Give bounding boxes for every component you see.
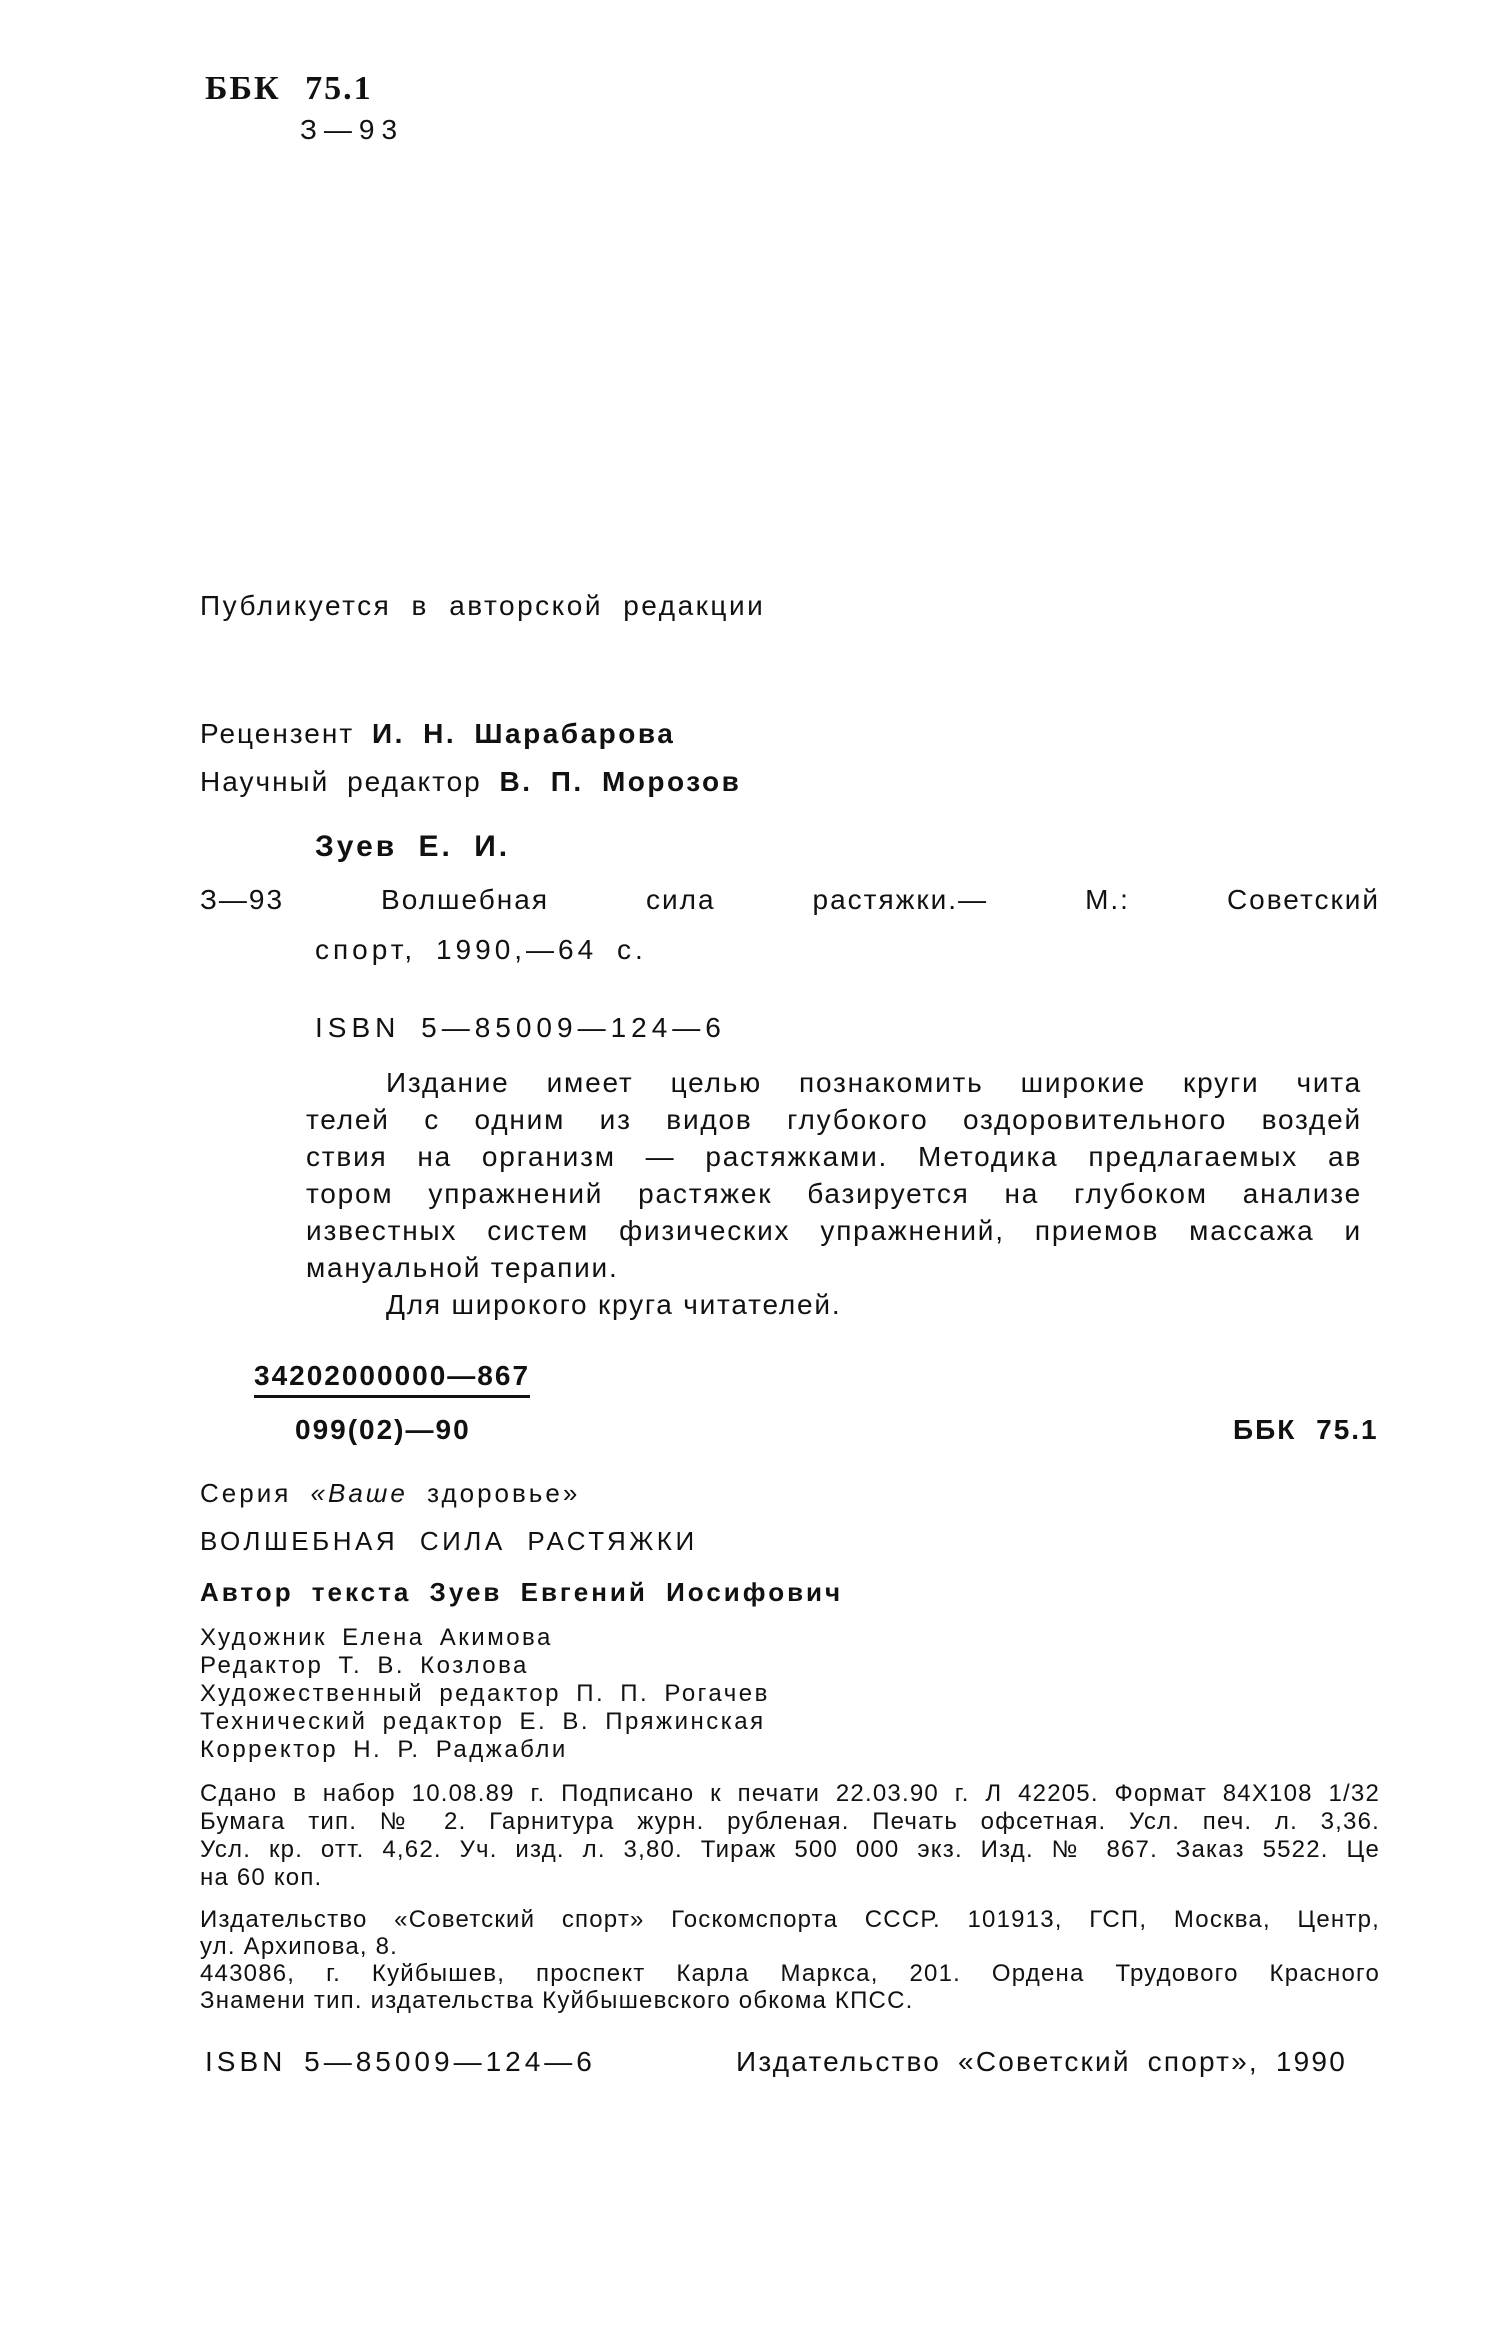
annotation-line: известных систем физических упражнений, … xyxy=(306,1212,1362,1249)
credit-line-editor: Редактор Т. В. Козлова xyxy=(200,1652,770,1680)
bbk-classification-code: ББК 75.1 xyxy=(205,70,373,108)
reviewer-name: И. Н. Шарабарова xyxy=(372,718,675,749)
printing-line: Усл. кр. отт. 4,62. Уч. изд. л. 3,80. Ти… xyxy=(200,1836,1380,1864)
credit-line-artist: Художник Елена Акимова xyxy=(200,1624,770,1652)
annotation-line: мануальной терапии. xyxy=(306,1249,1362,1286)
bibliographic-entry-line2: спорт, 1990,—64 с. xyxy=(315,934,647,966)
catalog-number-numerator: 34202000000—867 xyxy=(254,1360,530,1398)
author-heading: Зуев Е. И. xyxy=(315,830,510,864)
series-line: Серия «Ваше здоровье» xyxy=(200,1478,580,1509)
publisher-line: Издательство «Советский спорт» Госкомспо… xyxy=(200,1906,1380,1933)
series-label: Серия xyxy=(200,1478,291,1508)
printing-line: на 60 коп. xyxy=(200,1864,1380,1892)
isbn-number: ISBN 5—85009—124—6 xyxy=(315,1012,726,1044)
science-editor-line: Научный редактор В. П. Морозов xyxy=(200,758,741,806)
annotation-line: тором упражнений растяжек базируется на … xyxy=(306,1175,1362,1212)
isbn-number-bottom: ISBN 5—85009—124—6 xyxy=(205,2046,596,2078)
reviewer-label: Рецензент xyxy=(200,718,354,749)
edition-note: Публикуется в авторской редакции xyxy=(200,590,765,622)
annotation-line: телей с одним из видов глубокого оздоров… xyxy=(306,1101,1362,1138)
printing-details-block: Сдано в набор 10.08.89 г. Подписано к пе… xyxy=(200,1780,1380,1892)
text-author-line: Автор текста Зуев Евгений Иосифович xyxy=(200,1577,843,1608)
printing-line: Бумага тип. № 2. Гарнитура журн. рублена… xyxy=(200,1808,1380,1836)
publisher-line: Знамени тип. издательства Куйбышевского … xyxy=(200,1987,1380,2014)
bibliographic-entry-line1: З—93 Волшебная сила растяжки.— М.: Совет… xyxy=(200,884,1380,916)
book-imprint-page: ББК 75.1 З—93 Публикуется в авторской ре… xyxy=(0,0,1497,2346)
printing-line: Сдано в набор 10.08.89 г. Подписано к пе… xyxy=(200,1780,1380,1808)
annotation-line: ствия на организм — растяжками. Методика… xyxy=(306,1138,1362,1175)
annotation-readers-line: Для широкого круга читателей. xyxy=(306,1286,1362,1323)
copyright-publisher-line: Издательство «Советский спорт», 1990 xyxy=(736,2046,1347,2078)
series-name-rest: здоровье» xyxy=(427,1478,580,1508)
reviewer-line: Рецензент И. Н. Шарабарова xyxy=(200,710,741,758)
reviewers-block: Рецензент И. Н. Шарабарова Научный редак… xyxy=(200,710,741,806)
publisher-line: ул. Архипова, 8. xyxy=(200,1933,1380,1960)
credit-line-tech-editor: Технический редактор Е. В. Пряжинская xyxy=(200,1708,770,1736)
annotation-paragraph: Издание имеет целью познакомить широкие … xyxy=(306,1064,1362,1323)
credit-line-proofreader: Корректор Н. Р. Раджабли xyxy=(200,1736,770,1764)
bbk-classification-code-repeat: ББК 75.1 xyxy=(1233,1414,1379,1446)
book-title-caps: ВОЛШЕБНАЯ СИЛА РАСТЯЖКИ xyxy=(200,1526,698,1557)
publisher-details-block: Издательство «Советский спорт» Госкомспо… xyxy=(200,1906,1380,2014)
annotation-line: Издание имеет целью познакомить широкие … xyxy=(306,1064,1362,1101)
staff-credits-block: Художник Елена Акимова Редактор Т. В. Ко… xyxy=(200,1624,770,1764)
catalog-number-denominator: 099(02)—90 xyxy=(295,1414,471,1446)
science-editor-name: В. П. Морозов xyxy=(500,766,742,797)
series-name-italic: «Ваше xyxy=(311,1478,408,1508)
publisher-line: 443086, г. Куйбышев, проспект Карла Марк… xyxy=(200,1960,1380,1987)
author-sign-index: З—93 xyxy=(300,114,404,146)
credit-line-art-editor: Художественный редактор П. П. Рогачев xyxy=(200,1680,770,1708)
science-editor-label: Научный редактор xyxy=(200,766,482,797)
